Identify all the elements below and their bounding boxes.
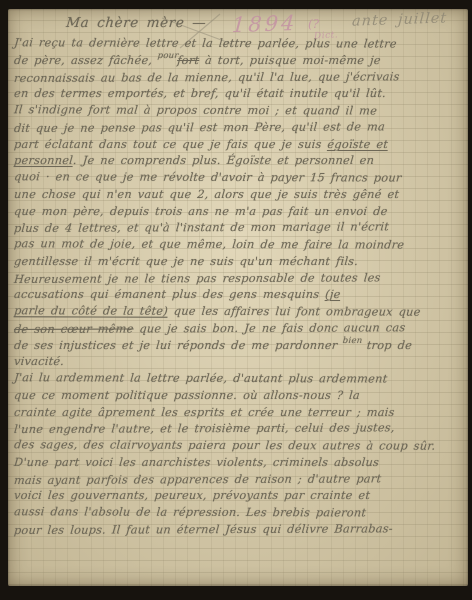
letter-line: de ses injustices et je lui réponds de m… (13, 338, 466, 355)
letter-line: en des termes emportés, et bref, qu'il é… (13, 86, 466, 103)
letter-line: pour les loups. Il faut un éternel Jésus… (13, 521, 467, 540)
letter-line: gentillesse il m'écrit que je ne suis qu… (13, 254, 466, 271)
letter-line: des sages, des clairvoyants paiera pour … (13, 437, 466, 455)
letter-line: J'ai lu ardemment la lettre parlée, d'au… (13, 370, 466, 388)
letter-line: accusations qui émanent plus des gens me… (13, 287, 466, 304)
letter-salutation: Ma chère mère — (13, 15, 467, 36)
letter-line: que mon père, depuis trois ans ne m'a pa… (13, 204, 466, 221)
letter-line: D'une part voici les anarchistes violent… (13, 455, 466, 472)
letter-line: l'une engendre l'autre, et le troisième … (13, 420, 467, 439)
letter-line: de son cœur même que je sais bon. Je ne … (13, 320, 467, 339)
letter-line: une chose qui n'en vaut que 2, alors que… (13, 187, 466, 204)
letter-line: pas un mot de joie, et que même, loin de… (13, 236, 466, 254)
letter-line: aussi dans l'absolu de la répression. Le… (13, 504, 466, 522)
letter-line: reconnaissais au bas de la mienne, qu'il… (13, 69, 467, 88)
letter-line: J'ai reçu ta dernière lettre et la lettr… (13, 35, 466, 53)
letter-line: parle du côté de la tête) que les affair… (13, 303, 466, 321)
letter-line: personnel. Je ne comprends plus. Égoïste… (13, 153, 466, 170)
letter-line: Heureusement je ne le tiens pas responsa… (13, 270, 467, 289)
letter-line: crainte agite âprement les esprits et cr… (13, 405, 466, 422)
letter-line: vivacité. (13, 354, 466, 371)
letter-line: Il s'indigne fort mal à propos contre mo… (13, 102, 466, 120)
letter-photograph: 1894 (? Dict. ante juillet Ma chère mère… (0, 0, 472, 600)
letter-line: de père, assez fâchée, pourfort à tort, … (13, 53, 466, 70)
letter-body: Ma chère mère — J'ai reçu ta dernière le… (14, 15, 466, 539)
letter-line: dit que je ne pense pas qu'il est mon Pè… (13, 119, 467, 138)
letter-line: quoi · en ce que je me révolte d'avoir à… (13, 169, 466, 187)
letter-line: plus de 4 lettres, et qu'à l'instant de … (13, 219, 467, 238)
letter-line: mais ayant parfois des apparences de rai… (13, 471, 467, 490)
letter-line: que ce moment politique passionne. où al… (13, 388, 466, 405)
letter-lines: J'ai reçu ta dernière lettre et la lettr… (14, 36, 466, 539)
letter-line: part éclatant dans tout ce que je fais q… (13, 137, 466, 154)
letter-line: voici les gouvernants, peureux, prévoyan… (13, 488, 466, 505)
letter-paper: 1894 (? Dict. ante juillet Ma chère mère… (8, 9, 468, 586)
